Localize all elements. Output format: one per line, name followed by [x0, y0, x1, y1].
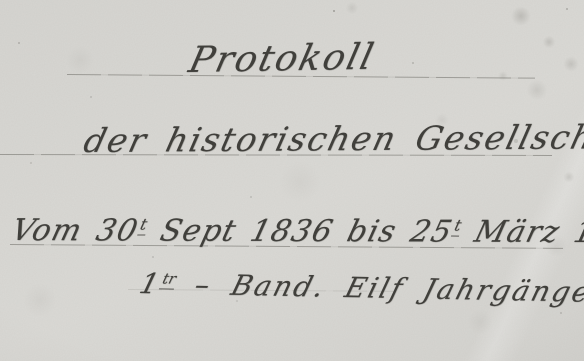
volume-line: 1tr – Band. Eilf Jahrgänge.: [136, 267, 584, 309]
date-suffix: März 1847.: [456, 215, 584, 251]
society-line: der historischen Gesellschaft: [80, 117, 584, 160]
date-range-line: Vom 30t Sept 1836 bis 25t März 1847.: [8, 213, 584, 250]
date-middle: Sept 1836 bis 25: [142, 213, 457, 249]
title-text: Protokoll: [185, 37, 379, 81]
paper-specks: [0, 0, 2, 2]
volume-text: – Band. Eilf Jahrgänge.: [171, 268, 584, 309]
title-line: Protokoll: [185, 37, 379, 81]
manuscript-page: Protokoll der historischen Gesellschaft …: [0, 0, 584, 361]
date-prefix: Vom 30: [8, 213, 142, 248]
society-text: der historischen Gesellschaft: [80, 117, 584, 160]
